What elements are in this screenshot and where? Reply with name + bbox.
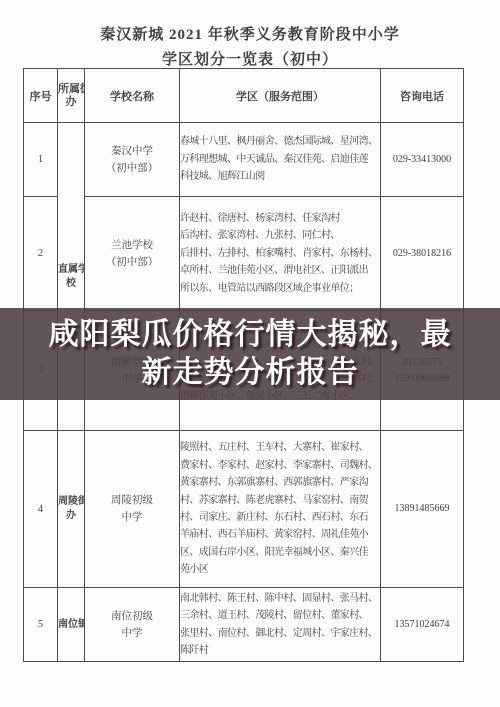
cell-phone: 029-38018216 (381, 197, 464, 311)
table-row: 4 周陵街办 周陵初级中学 陵照村、五庄村、王车村、大寨村、崔家村、费家村、李家… (24, 431, 464, 588)
text-line: 万科理想城、中天诚品、秦汉佳苑、启迪佳莲 (180, 151, 380, 168)
text-line: 春城十八里、枫丹丽舍、德杰国际城、星河湾、 (180, 133, 380, 150)
text-line: 校 (58, 277, 84, 291)
promo-overlay-banner: 咸阳梨瓜价格行情大揭秘，最 新走势分析报告 (0, 308, 500, 400)
header-index: 序号 (24, 69, 58, 123)
cell-zone: 春城十八里、枫丹丽舍、德杰国际城、星河湾、万科理想城、中天诚品、秦汉佳苑、启迪佳… (180, 123, 381, 197)
text-line: 羊庙村、西石羊庙村、黄家窑村、周礼佳苑小 (180, 526, 380, 543)
cell-index: 5 (24, 588, 58, 662)
text-line: 后排村、左排村、柏家嘴村、肖家村、东杨村、 (180, 245, 380, 262)
text-line: 陈阡村 (180, 642, 380, 659)
cell-index: 2 (24, 197, 58, 311)
text-line: 办 (58, 509, 84, 523)
text-line: 13571024674 (381, 617, 463, 633)
cell-zone: 陵照村、五庄村、王车村、大寨村、崔家村、费家村、李家村、赵家村、李家寨村、司魏村… (180, 431, 381, 588)
promo-overlay-text-line2: 新走势分析报告 (142, 354, 359, 392)
cell-zone: 南北韩村、陈王村、陈中村、固显村、张马村、三余村、道王村、茂陵村、留位村、董家村… (180, 588, 381, 662)
promo-overlay-text-line1: 咸阳梨瓜价格行情大揭秘，最 (49, 316, 452, 354)
document-title-line1: 秦汉新城 2021 年秋季义务教育阶段中小学 (0, 23, 500, 44)
text-line: 许赵村、徐唐村、杨家湾村、任家沟村 (180, 210, 380, 227)
text-line: 陵照村、五庄村、王车村、大寨村、崔家村、 (180, 439, 380, 456)
text-line: 029-33413000 (381, 152, 463, 168)
cell-district: 周陵街办 (58, 431, 85, 588)
cell-school: 兰池学校（初中部） (85, 197, 180, 311)
header-school: 学校名称 (85, 69, 180, 123)
text-line: 苑小区 (180, 561, 380, 578)
cell-school: 周陵初级中学 (85, 431, 180, 588)
cell-district: 南位镇 (58, 588, 85, 662)
table-row: 1 直属学校 秦汉中学（初中部） 春城十八里、枫丹丽舍、德杰国际城、星河湾、万科… (24, 123, 464, 197)
cell-index: 1 (24, 123, 58, 197)
cell-school: 南位初级中学 (85, 588, 180, 662)
header-district: 所属街办 (58, 69, 85, 123)
table-header-row: 序号 所属街办 学校名称 学区（服务范围） 咨询电话 (24, 69, 464, 123)
text-line: 卓所村、兰池佳苑小区、渭电社区、正阳派出 (180, 262, 380, 279)
text-line: 南北韩村、陈王村、陈中村、固显村、张马村、 (180, 590, 380, 607)
text-line: 中学 (85, 625, 179, 642)
text-line: 张里村、南位村、御北村、定周村、宇家庄村、 (180, 625, 380, 642)
text-line: 区、成国右岸小区、阳光幸福城小区、秦兴佳 (180, 544, 380, 561)
text-line: （初中部） (85, 160, 179, 177)
cell-phone: 13571024674 (381, 588, 464, 662)
cell-phone: 029-33413000 (381, 123, 464, 197)
document-page: 秦汉新城 2021 年秋季义务教育阶段中小学 学区划分一览表（初中） 序号 所属… (0, 0, 500, 707)
header-phone: 咨询电话 (381, 69, 464, 123)
cell-index: 4 (24, 431, 58, 588)
text-line: 兰池学校 (85, 237, 179, 254)
text-line: 办 (58, 96, 84, 109)
text-line: 所属街 (58, 83, 84, 96)
text-line: 三余村、道王村、茂陵村、留位村、董家村、 (180, 607, 380, 624)
cell-phone: 13891485669 (381, 431, 464, 588)
header-zone: 学区（服务范围） (180, 69, 381, 123)
text-line: 所以东、电管站以西路段区域企事业单位； (180, 280, 380, 297)
text-line: 直属学 (58, 263, 84, 277)
text-line: 南位初级 (85, 608, 179, 625)
text-line: （初中部） (85, 254, 179, 271)
text-line: 后沟村、张家湾村、九张村、同仁村、 (180, 227, 380, 244)
table-row: 2 兰池学校（初中部） 许赵村、徐唐村、杨家湾村、任家沟村后沟村、张家湾村、九张… (24, 197, 464, 311)
text-line: 黄家寨村、东郭旗寨村、西郭旗寨村、严家沟 (180, 474, 380, 491)
text-line: 中学 (85, 509, 179, 526)
text-line: 村、苏家寨村、陈老虎寨村、马家窑村、南贺 (180, 492, 380, 509)
text-line: 科技城、旭辉江山阅 (180, 168, 380, 185)
text-line: 南位镇 (58, 618, 84, 632)
text-line: 13891485669 (381, 501, 463, 517)
text-line: 周陵街 (58, 495, 84, 509)
text-line: 周陵初级 (85, 492, 179, 509)
cell-zone: 许赵村、徐唐村、杨家湾村、任家沟村后沟村、张家湾村、九张村、同仁村、后排村、左排… (180, 197, 381, 311)
document-title-line2: 学区划分一览表（初中） (0, 48, 500, 69)
text-line: 费家村、李家村、赵家村、李家寨村、司魏村、 (180, 457, 380, 474)
table-row: 5 南位镇 南位初级中学 南北韩村、陈王村、陈中村、固显村、张马村、三余村、道王… (24, 588, 464, 662)
text-line: 村、司家庄、新庄村、东石村、西石村、东石 (180, 509, 380, 526)
text-line: 秦汉中学 (85, 143, 179, 160)
cell-school: 秦汉中学（初中部） (85, 123, 180, 197)
text-line: 029-38018216 (381, 246, 463, 262)
